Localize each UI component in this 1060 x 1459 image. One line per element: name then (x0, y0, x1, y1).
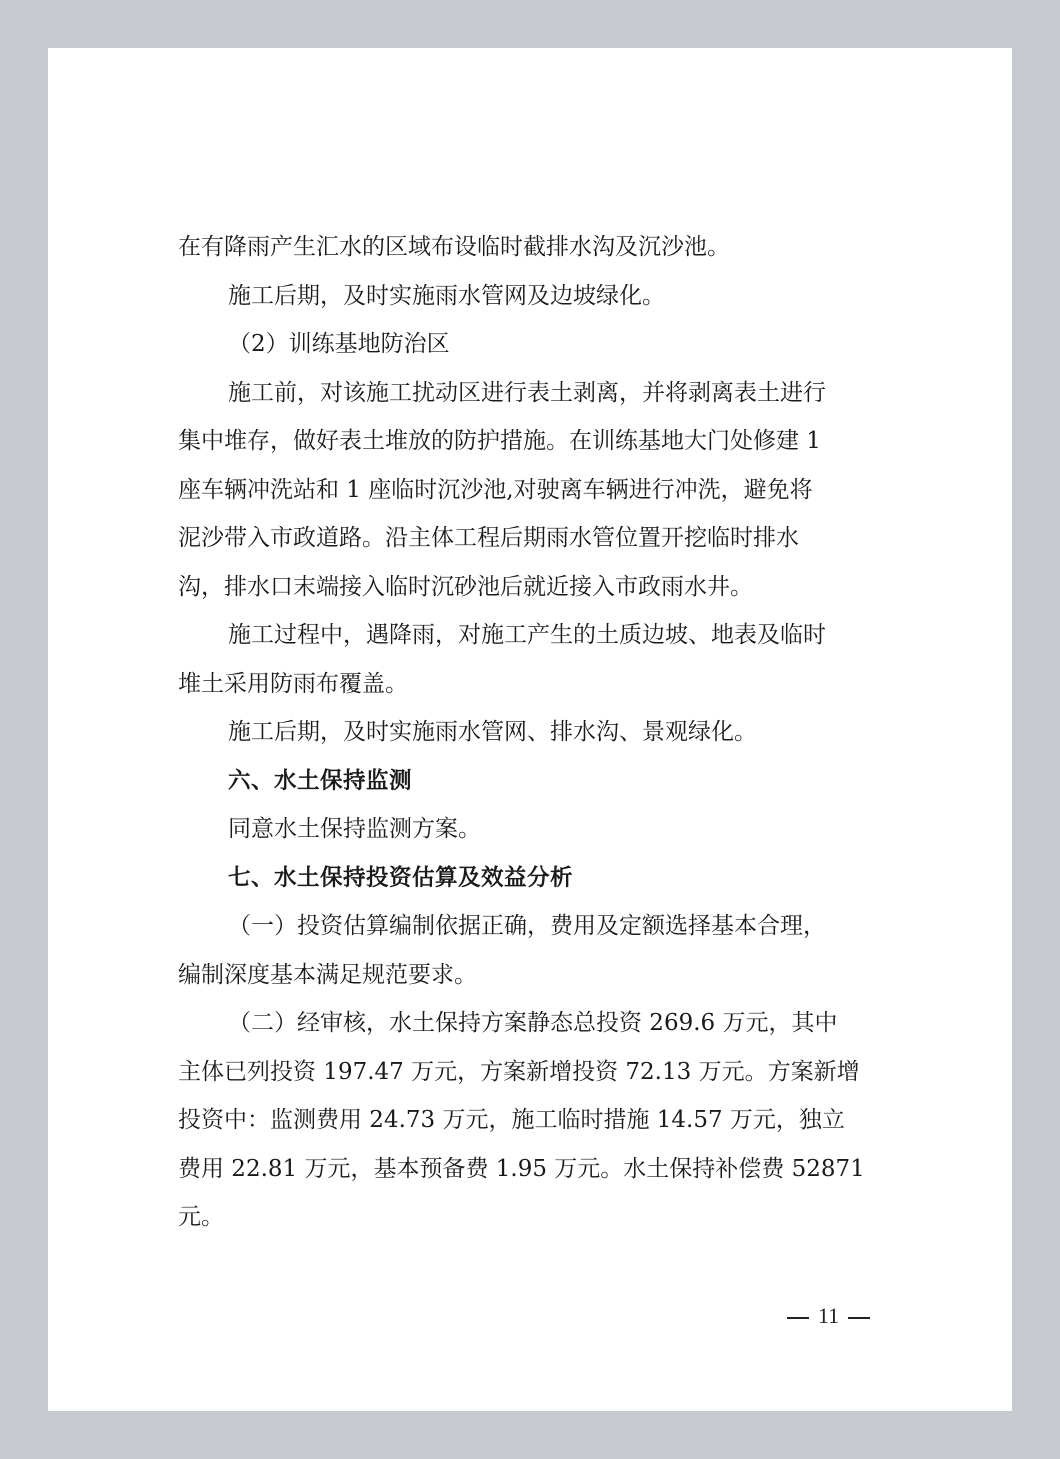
text-line-investment-total: （二）经审核，水土保持方案静态总投资 269.6 万元，其中 (178, 999, 893, 1048)
text-line: 主体已列投资 197.47 万元，方案新增投资 72.13 万元。方案新增 (178, 1048, 893, 1097)
text-line: 泥沙带入市政道路。沿主体工程后期雨水管位置开挖临时排水 (178, 514, 893, 563)
section-heading-investment: 七、水土保持投资估算及效益分析 (178, 854, 893, 903)
document-body: 在有降雨产生汇水的区域布设临时截排水沟及沉沙池。 施工后期，及时实施雨水管网及边… (178, 223, 893, 1242)
section-heading-monitoring: 六、水土保持监测 (178, 757, 893, 806)
text-line: 座车辆冲洗站和 1 座临时沉沙池,对驶离车辆进行冲洗，避免将 (178, 466, 893, 515)
text-line-continuation: 在有降雨产生汇水的区域布设临时截排水沟及沉沙池。 (178, 223, 893, 272)
subsection-training-base: （2）训练基地防治区 (178, 320, 893, 369)
text-line: 投资中：监测费用 24.73 万元，施工临时措施 14.57 万元，独立 (178, 1096, 893, 1145)
text-line: 堆土采用防雨布覆盖。 (178, 660, 893, 709)
dash-right (848, 1317, 870, 1319)
document-page: 在有降雨产生汇水的区域布设临时截排水沟及沉沙池。 施工后期，及时实施雨水管网及边… (48, 48, 1012, 1411)
page-number: 11 (778, 1303, 868, 1329)
text-line: 费用 22.81 万元，基本预备费 1.95 万元。水土保持补偿费 52871 (178, 1145, 893, 1194)
dash-left (787, 1317, 809, 1319)
text-line-monitoring-approval: 同意水土保持监测方案。 (178, 805, 893, 854)
text-line: 元。 (178, 1193, 893, 1242)
text-line-post-construction-2: 施工后期，及时实施雨水管网、排水沟、景观绿化。 (178, 708, 893, 757)
text-line: 沟，排水口末端接入临时沉砂池后就近接入市政雨水井。 (178, 563, 893, 612)
text-line-investment-basis: （一）投资估算编制依据正确，费用及定额选择基本合理， (178, 902, 893, 951)
text-line-post-construction-1: 施工后期，及时实施雨水管网及边坡绿化。 (178, 272, 893, 321)
text-line: 编制深度基本满足规范要求。 (178, 951, 893, 1000)
text-line-during-construction: 施工过程中，遇降雨，对施工产生的土质边坡、地表及临时 (178, 611, 893, 660)
text-line: 集中堆存，做好表土堆放的防护措施。在训练基地大门处修建 1 (178, 417, 893, 466)
text-line-pre-construction: 施工前，对该施工扰动区进行表土剥离，并将剥离表土进行 (178, 369, 893, 418)
page-number-value: 11 (818, 1303, 839, 1328)
